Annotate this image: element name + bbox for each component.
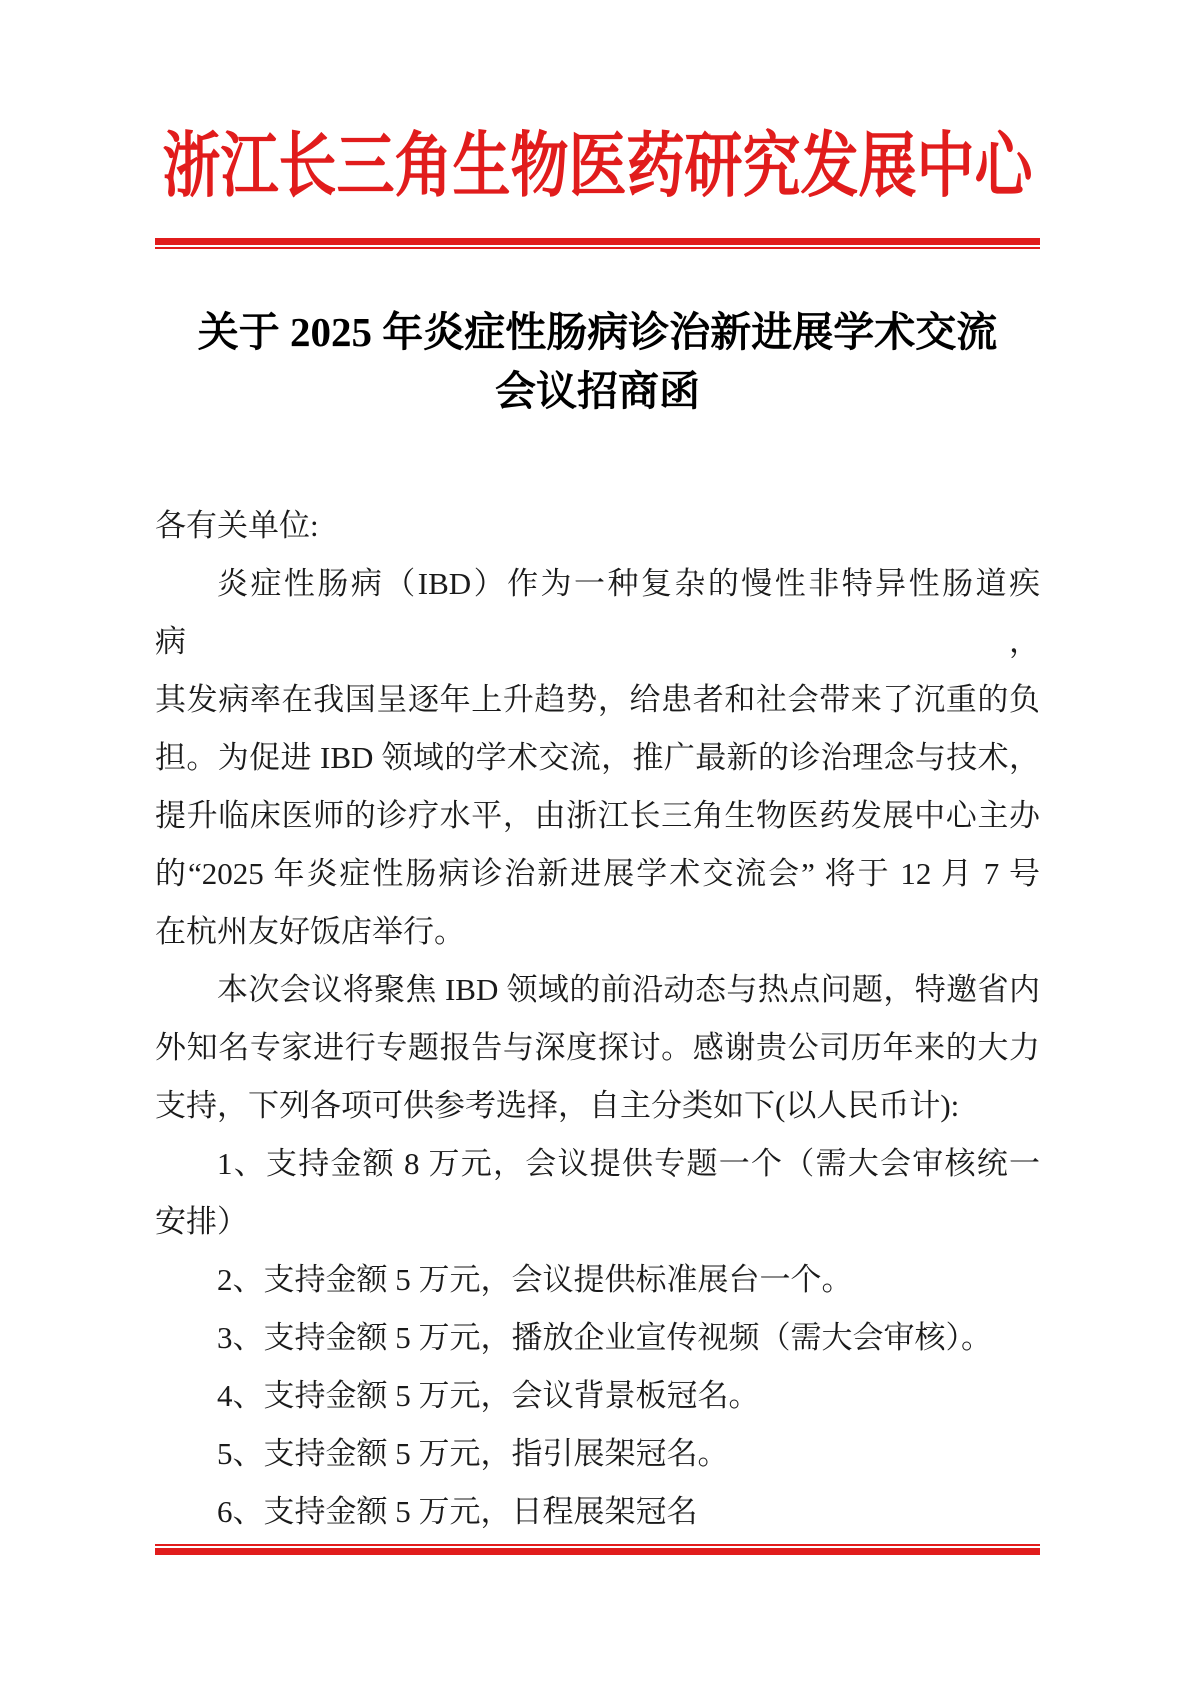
paragraphs: 炎症性肠病（IBD）作为一种复杂的慢性非特异性肠道疾病，其发病率在我国呈逐年上升…: [155, 555, 1040, 1135]
list-item-line: 5、支持金额 5 万元，指引展架冠名。: [155, 1425, 1040, 1483]
list-item-6: 6、支持金额 5 万元，日程展架冠名: [155, 1483, 1040, 1541]
document-title-line1: 关于 2025 年炎症性肠病诊治新进展学术交流: [155, 303, 1040, 362]
letterhead-divider: [155, 238, 1040, 249]
divider-thin-line: [155, 247, 1040, 249]
list-item-line: 安排）: [155, 1193, 1040, 1251]
divider-thick-line: [155, 1548, 1040, 1555]
list-item-line: 6、支持金额 5 万元，日程展架冠名: [155, 1483, 1040, 1541]
content-area: 浙江长三角生物医药研究发展中心 关于 2025 年炎症性肠病诊治新进展学术交流 …: [155, 126, 1040, 1555]
footer-divider: [155, 1544, 1040, 1555]
paragraph-line: 炎症性肠病（IBD）作为一种复杂的慢性非特异性肠道疾病，: [155, 555, 1040, 671]
paragraph-line: 提升临床医师的诊疗水平，由浙江长三角生物医药发展中心主办: [155, 787, 1040, 845]
paragraph-line: 其发病率在我国呈逐年上升趋势，给患者和社会带来了沉重的负: [155, 671, 1040, 729]
letterhead-header: 浙江长三角生物医药研究发展中心: [155, 126, 1040, 249]
paragraph-line: 本次会议将聚焦 IBD 领域的前沿动态与热点问题，特邀省内: [155, 961, 1040, 1019]
sponsor-list: 1、支持金额 8 万元，会议提供专题一个（需大会审核统一安排）2、支持金额 5 …: [155, 1135, 1040, 1541]
paragraph-line: 的“2025 年炎症性肠病诊治新进展学术交流会” 将于 12 月 7 号: [155, 845, 1040, 903]
paragraph-line: 担。为促进 IBD 领域的学术交流，推广最新的诊治理念与技术，: [155, 729, 1040, 787]
salutation: 各有关单位:: [155, 497, 1040, 555]
document-page: 浙江长三角生物医药研究发展中心 关于 2025 年炎症性肠病诊治新进展学术交流 …: [0, 0, 1190, 1683]
letterhead-org-name: 浙江长三角生物医药研究发展中心: [155, 117, 1040, 217]
list-item-1: 1、支持金额 8 万元，会议提供专题一个（需大会审核统一安排）: [155, 1135, 1040, 1251]
document-title: 关于 2025 年炎症性肠病诊治新进展学术交流 会议招商函: [155, 303, 1040, 421]
divider-thick-line: [155, 238, 1040, 245]
list-item-line: 3、支持金额 5 万元，播放企业宣传视频（需大会审核）。: [155, 1309, 1040, 1367]
paragraph-1: 炎症性肠病（IBD）作为一种复杂的慢性非特异性肠道疾病，其发病率在我国呈逐年上升…: [155, 555, 1040, 961]
paragraph-2: 本次会议将聚焦 IBD 领域的前沿动态与热点问题，特邀省内外知名专家进行专题报告…: [155, 961, 1040, 1135]
list-item-line: 4、支持金额 5 万元，会议背景板冠名。: [155, 1367, 1040, 1425]
paragraph-line: 外知名专家进行专题报告与深度探讨。感谢贵公司历年来的大力: [155, 1019, 1040, 1077]
paragraph-line: 在杭州友好饭店举行。: [155, 903, 1040, 961]
list-item-line: 1、支持金额 8 万元，会议提供专题一个（需大会审核统一: [155, 1135, 1040, 1193]
list-item-2: 2、支持金额 5 万元，会议提供标准展台一个。: [155, 1251, 1040, 1309]
list-item-line: 2、支持金额 5 万元，会议提供标准展台一个。: [155, 1251, 1040, 1309]
list-item-4: 4、支持金额 5 万元，会议背景板冠名。: [155, 1367, 1040, 1425]
paragraph-line: 支持，下列各项可供参考选择，自主分类如下(以人民币计):: [155, 1077, 1040, 1135]
document-body: 各有关单位: 炎症性肠病（IBD）作为一种复杂的慢性非特异性肠道疾病，其发病率在…: [155, 497, 1040, 1541]
list-item-5: 5、支持金额 5 万元，指引展架冠名。: [155, 1425, 1040, 1483]
document-title-line2: 会议招商函: [155, 362, 1040, 421]
list-item-3: 3、支持金额 5 万元，播放企业宣传视频（需大会审核）。: [155, 1309, 1040, 1367]
